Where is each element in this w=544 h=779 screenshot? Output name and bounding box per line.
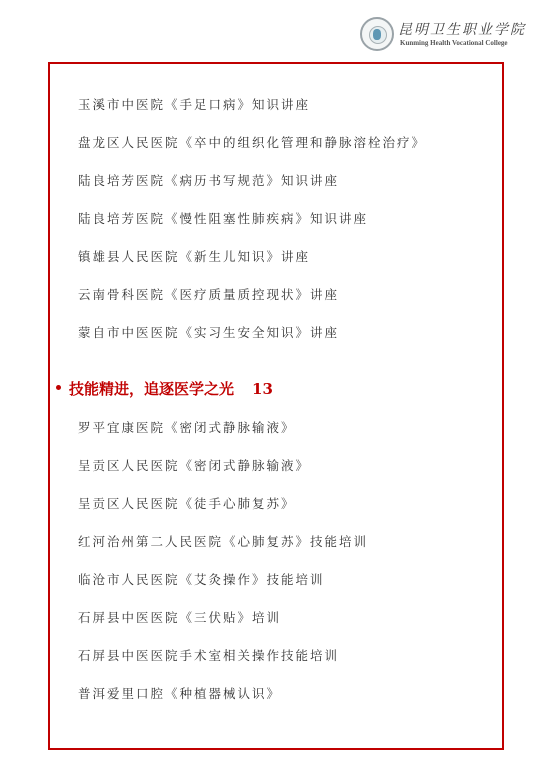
page-number: 13 [252, 380, 273, 398]
list-item: 云南骨科医院《医疗质量质控现状》讲座 [78, 285, 339, 303]
list-item: 盘龙区人民医院《卒中的组织化管理和静脉溶栓治疗》 [78, 133, 426, 151]
list-item: 蒙自市中医医院《实习生安全知识》讲座 [78, 323, 339, 341]
college-logo: 昆明卫生职业学院 Kunming Health Vocational Colle… [360, 17, 540, 55]
list-item: 镇雄县人民医院《新生儿知识》讲座 [78, 247, 310, 265]
list-item: 陆良培芳医院《病历书写规范》知识讲座 [78, 171, 339, 189]
section-title: 技能精进，追逐医学之光 [69, 380, 234, 398]
list-item: 陆良培芳医院《慢性阻塞性肺疾病》知识讲座 [78, 209, 368, 227]
list-item: 呈贡区人民医院《密闭式静脉输液》 [78, 456, 310, 474]
list-item: 红河治州第二人民医院《心肺复苏》技能培训 [78, 532, 368, 550]
logo-chinese-name: 昆明卫生职业学院 [398, 19, 526, 39]
list-item: 罗平宜康医院《密闭式静脉输液》 [78, 418, 296, 436]
bullet-icon [56, 385, 61, 390]
logo-english-name: Kunming Health Vocational College [400, 39, 508, 47]
list-item: 石屏县中医医院《三伏贴》培训 [78, 608, 281, 626]
list-item: 石屏县中医医院手术室相关操作技能培训 [78, 646, 339, 664]
school-emblem-icon [360, 17, 394, 51]
list-item: 临沧市人民医院《艾灸操作》技能培训 [78, 570, 325, 588]
list-item: 普洱爱里口腔《种植器械认识》 [78, 684, 281, 702]
list-item: 呈贡区人民医院《徒手心肺复苏》 [78, 494, 296, 512]
list-item: 玉溪市中医院《手足口病》知识讲座 [78, 95, 310, 113]
section-heading: 技能精进，追逐医学之光13 [56, 378, 273, 399]
